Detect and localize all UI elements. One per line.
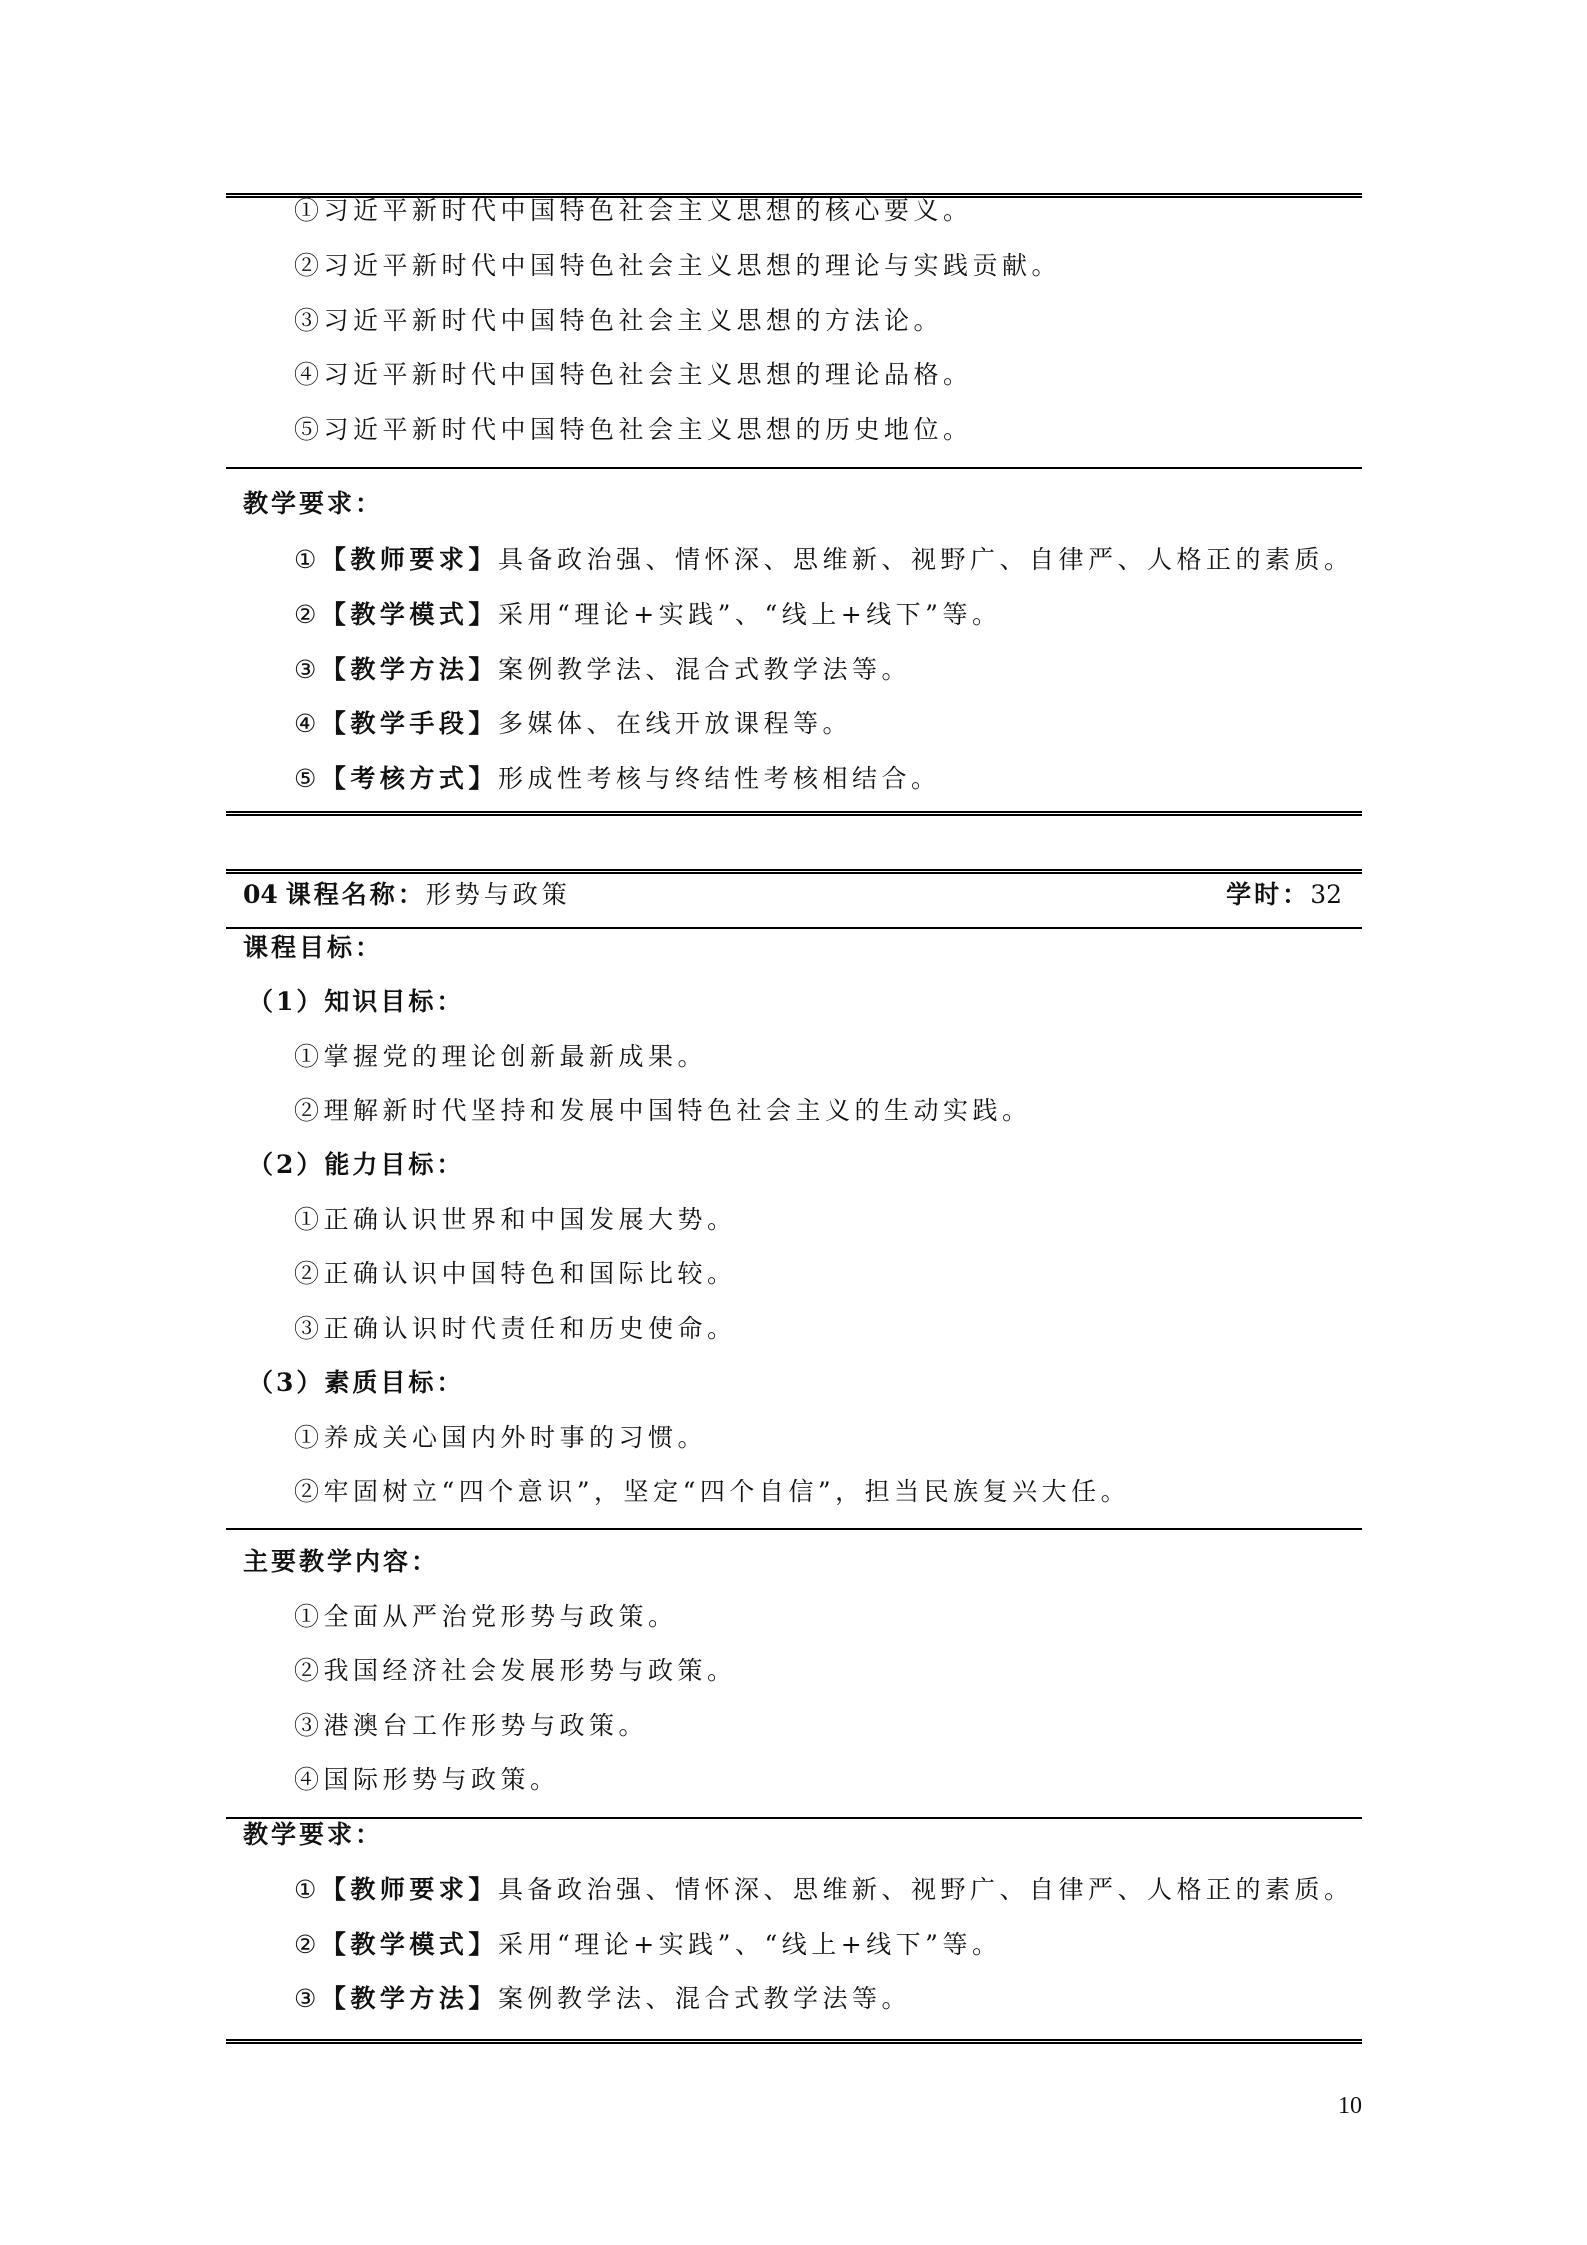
requirement-number: ③ [294,1984,321,2013]
ability-objective: ②正确认识中国特色和国际比较。 [294,1259,737,1289]
quality-objective: ①养成关心国内外时事的习惯。 [294,1423,707,1453]
page-number: 10 [1338,2092,1362,2120]
section-divider [226,1817,1362,1819]
requirement-tag: 【教学方法】 [321,655,498,684]
course-header-divider [226,927,1362,929]
requirement-tag: 【教师要求】 [321,545,498,574]
content-item: ②习近平新时代中国特色社会主义思想的理论与实践贡献。 [294,251,1061,281]
requirement-number: ② [294,600,321,629]
knowledge-objective: ②理解新时代坚持和发展中国特色社会主义的生动实践。 [294,1096,1032,1126]
content-item: ③港澳台工作形势与政策。 [294,1711,648,1741]
course-name: 形势与政策 [426,880,571,909]
requirement-text: 采用“理论+实践”、“线上+线下”等。 [498,600,1002,629]
section-divider [226,1528,1362,1530]
requirement-number: ① [294,1875,321,1904]
ability-objectives-label: （2）能力目标： [248,1150,464,1180]
requirement-tag: 【教学模式】 [321,1930,498,1959]
requirement-item: ②【教学模式】采用“理论+实践”、“线上+线下”等。 [294,1930,1001,1960]
content-item: ③习近平新时代中国特色社会主义思想的方法论。 [294,306,943,336]
course-hours: 学时：32 [1226,880,1342,910]
requirement-text: 具备政治强、情怀深、思维新、视野广、自律严、人格正的素质。 [498,1875,1354,1904]
quality-objectives-label: （3）素质目标： [248,1368,464,1398]
hours-value: 32 [1310,880,1342,909]
requirement-item: ②【教学模式】采用“理论+实践”、“线上+线下”等。 [294,600,1001,630]
requirement-text: 具备政治强、情怀深、思维新、视野广、自律严、人格正的素质。 [498,545,1354,574]
requirement-text: 案例教学法、混合式教学法等。 [498,655,911,684]
course-header: 04 课程名称：形势与政策 [243,880,571,910]
requirement-text: 多媒体、在线开放课程等。 [498,709,852,738]
content-label: 主要教学内容： [243,1547,439,1577]
knowledge-objectives-label: （1）知识目标： [248,987,464,1017]
objectives-label: 课程目标： [243,933,383,963]
course-name-label: 课程名称： [286,880,426,909]
requirement-tag: 【教学方法】 [321,1984,498,2013]
knowledge-objective: ①掌握党的理论创新最新成果。 [294,1042,707,1072]
requirement-number: ④ [294,709,321,738]
requirement-number: ② [294,1930,321,1959]
requirements-label: 教学要求： [243,489,383,519]
requirement-text: 形成性考核与终结性考核相结合。 [498,764,941,793]
content-item: ①习近平新时代中国特色社会主义思想的核心要义。 [294,196,973,226]
section-divider [226,467,1362,469]
requirement-tag: 【教师要求】 [321,1875,498,1904]
requirement-item: ④【教学手段】多媒体、在线开放课程等。 [294,709,852,739]
ability-objective: ③正确认识时代责任和历史使命。 [294,1314,737,1344]
requirement-tag: 【教学手段】 [321,709,498,738]
requirements-label: 教学要求： [243,1820,383,1850]
content-item: ⑤习近平新时代中国特色社会主义思想的历史地位。 [294,415,973,445]
content-item: ②我国经济社会发展形势与政策。 [294,1656,737,1686]
content-item: ①全面从严治党形势与政策。 [294,1602,678,1632]
requirement-item: ⑤【考核方式】形成性考核与终结性考核相结合。 [294,764,940,794]
section-bottom-double-rule [226,811,1362,816]
quality-objective: ②牢固树立“四个意识”，坚定“四个自信”，担当民族复兴大任。 [294,1477,1130,1507]
course-top-double-rule [226,869,1362,874]
hours-label: 学时： [1226,880,1310,909]
content-item: ④国际形势与政策。 [294,1765,560,1795]
requirement-tag: 【教学模式】 [321,600,498,629]
ability-objective: ①正确认识世界和中国发展大势。 [294,1205,737,1235]
requirement-text: 案例教学法、混合式教学法等。 [498,1984,911,2013]
requirement-item: ①【教师要求】具备政治强、情怀深、思维新、视野广、自律严、人格正的素质。 [294,545,1353,575]
course-number: 04 [243,880,278,909]
requirement-text: 采用“理论+实践”、“线上+线下”等。 [498,1930,1002,1959]
requirement-number: ⑤ [294,764,321,793]
requirement-item: ①【教师要求】具备政治强、情怀深、思维新、视野广、自律严、人格正的素质。 [294,1875,1353,1905]
requirement-tag: 【考核方式】 [321,764,498,793]
requirement-number: ① [294,545,321,574]
course-bottom-double-rule [226,2039,1362,2044]
requirement-item: ③【教学方法】案例教学法、混合式教学法等。 [294,1984,911,2014]
requirement-number: ③ [294,655,321,684]
content-item: ④习近平新时代中国特色社会主义思想的理论品格。 [294,360,973,390]
requirement-item: ③【教学方法】案例教学法、混合式教学法等。 [294,655,911,685]
